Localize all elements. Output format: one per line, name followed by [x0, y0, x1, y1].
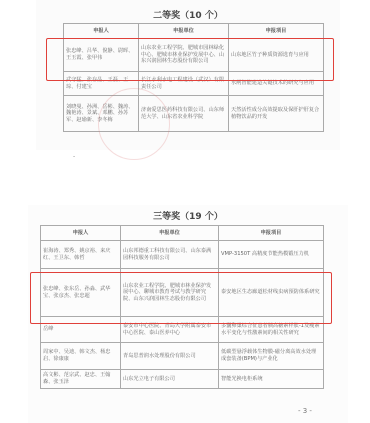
table-row: 张忠峰、吕华、倪静、尉晖、王玉霞、张甲伟 山东农业工程学院、肥城市园林绿化中心、…: [64, 39, 324, 72]
project-cell: VMP-3150T 高精度节能热模锻压力机: [219, 241, 324, 269]
document-page-bottom: 三等奖（19 个） 申报人 申报单位 申报项目 崔海涛、郑秀、姚京裕、来庆红、王…: [28, 205, 348, 423]
table-row: 张忠峰、张东岳、孙淼、武华宝、张彦杰、张忠超 山东农业工程学院、肥城市林业保护发…: [41, 269, 324, 317]
project-cell: 多囊卵巢综合征患者胰高糖素样肽-1及瘦素水平变化与性激素间的相关性研究: [219, 317, 324, 343]
project-cell: 水闸智能建造关键技术的研究与应用: [229, 72, 324, 96]
table-header-row: 申报人 申报单位 申报项目: [64, 24, 324, 39]
applicants-cell: 刘晓曼、孙洲、岳彬、魏涛、魏艳涛、景斌、邓鹏、孙苏军、赵瑜新、李冬梅: [64, 96, 139, 132]
applicants-cell: 崔海涛、郑秀、姚京裕、来庆红、王卫东、韩哲: [41, 241, 121, 269]
project-cell: 低碳型悬浮载体生物膜-磁分离高效水处理成套装备(BPM)与产业化: [219, 343, 324, 370]
applicants-cell: 周家中、吴迪、韩文杰、杨忠启、徐康康: [41, 343, 121, 370]
applicants-cell: 武守猛、张存晶、王磊、王琮、付建宝: [64, 72, 139, 96]
second-prize-title: 二等奖（10 个）: [36, 8, 340, 21]
third-prize-table: 申报人 申报单位 申报项目 崔海涛、郑秀、姚京裕、来庆红、王卫东、韩哲 山东邦德…: [40, 225, 324, 389]
unit-cell: 山东农业工程学院、肥城市园林绿化中心、肥城市林业保护发展中心、山东兴润园林生态股…: [139, 39, 229, 72]
header-unit: 申报单位: [121, 226, 219, 241]
applicants-cell: 张忠峰、吕华、倪静、尉晖、王玉霞、张甲伟: [64, 39, 139, 72]
table-row: 刘晓曼、孙洲、岳彬、魏涛、魏艳涛、景斌、邓鹏、孙苏军、赵瑜新、李冬梅 济南爱思医…: [64, 96, 324, 132]
unit-cell: 泰安市中心医院、青岛大学附属泰安市中心医院、泰山医养中心: [121, 317, 219, 343]
table-header-row: 申报人 申报单位 申报项目: [41, 226, 324, 241]
header-project: 申报项目: [219, 226, 324, 241]
applicants-cell: 岳峰: [41, 317, 121, 343]
project-cell: 泰安地区生态廊道松材线虫病预防体系研究: [219, 269, 324, 317]
second-prize-table: 申报人 申报单位 申报项目 张忠峰、吕华、倪静、尉晖、王玉霞、张甲伟 山东农业工…: [63, 23, 324, 132]
applicants-cell: 张忠峰、张东岳、孙淼、武华宝、张彦杰、张忠超: [41, 269, 121, 317]
document-page-top: 二等奖（10 个） 申报人 申报单位 申报项目 张忠峰、吕华、倪静、尉晖、王玉霞…: [36, 0, 340, 150]
applicants-cell: 高文彬、范宗武、赵忠、王翰森、张玉泽: [41, 370, 121, 389]
third-prize-title: 三等奖（19 个）: [28, 209, 348, 222]
header-unit: 申报单位: [139, 24, 229, 39]
project-cell: 天然活性成分高效提取及保肝护肝复合植物饮品的开发: [229, 96, 324, 132]
header-applicant: 申报人: [64, 24, 139, 39]
page-number: - 3 -: [298, 407, 312, 415]
table-row: 高文彬、范宗武、赵忠、王翰森、张玉泽 山东光立电子有限公司 智能光换电柜系统: [41, 370, 324, 389]
table-row: 周家中、吴迪、韩文杰、杨忠启、徐康康 青岛思普润水处理股份有限公司 低碳型悬浮载…: [41, 343, 324, 370]
unit-cell: 山东光立电子有限公司: [121, 370, 219, 389]
table-row: 武守猛、张存晶、王磊、王琮、付建宝 长江水利水电工程建设（武汉）有限责任公司 水…: [64, 72, 324, 96]
unit-cell: 山东邦德重工科技有限公司、山东泰满园科技服务有限公司: [121, 241, 219, 269]
unit-cell: 济南爱思医药科技有限公司、山东师范大学、山东省农业科学院: [139, 96, 229, 132]
unit-cell: 青岛思普润水处理股份有限公司: [121, 343, 219, 370]
table-row: 崔海涛、郑秀、姚京裕、来庆红、王卫东、韩哲 山东邦德重工科技有限公司、山东泰满园…: [41, 241, 324, 269]
project-cell: 山东地区竹子种质资源选育与应用: [229, 39, 324, 72]
unit-cell: 山东农业工程学院、肥城市林业保护发展中心、聊城市教育考试与教学研究院、山东兴润园…: [121, 269, 219, 317]
table-row: 岳峰 泰安市中心医院、青岛大学附属泰安市中心医院、泰山医养中心 多囊卵巢综合征患…: [41, 317, 324, 343]
project-cell: 智能光换电柜系统: [219, 370, 324, 389]
page-marker: -: [73, 153, 75, 160]
header-applicant: 申报人: [41, 226, 121, 241]
header-project: 申报项目: [229, 24, 324, 39]
unit-cell: 长江水利水电工程建设（武汉）有限责任公司: [139, 72, 229, 96]
